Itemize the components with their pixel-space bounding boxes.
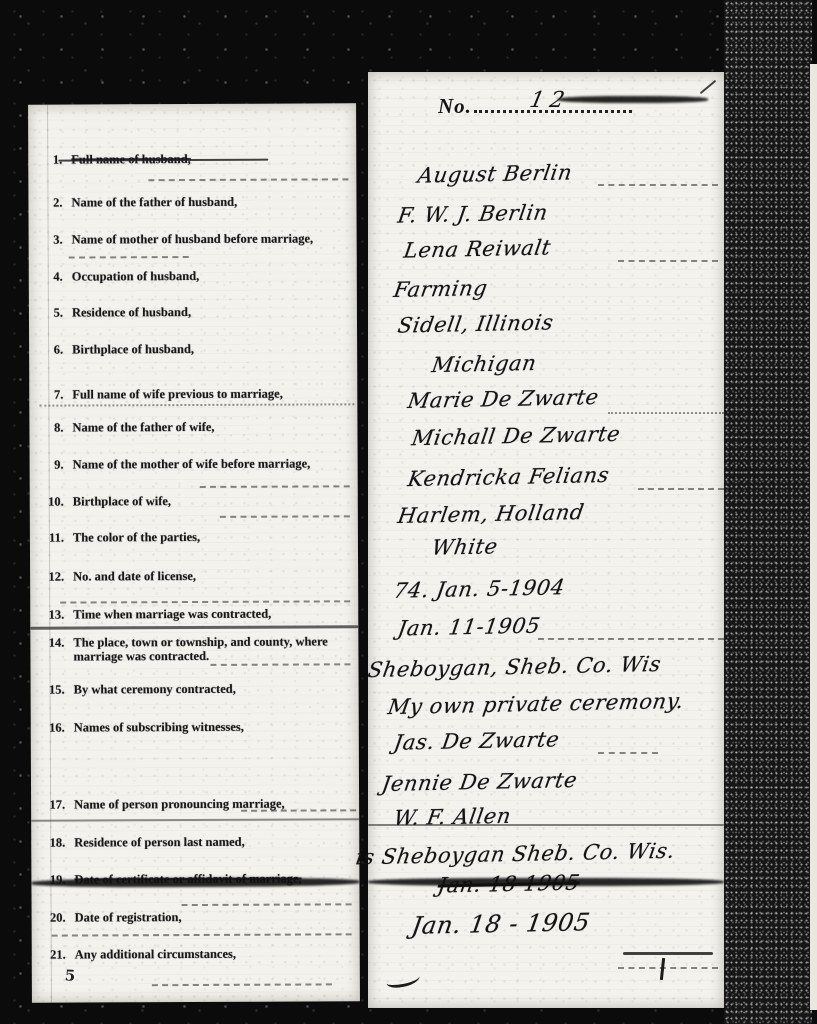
- field-label-5: 5.Residence of husband,: [29, 304, 351, 319]
- field-text: Name of the mother of wife before marria…: [73, 456, 311, 471]
- field-text: Name of mother of husband before marriag…: [72, 231, 314, 246]
- ruled-artifact: [368, 824, 724, 826]
- field-number: 7.: [29, 388, 63, 402]
- ruled-artifact: [618, 260, 718, 262]
- field-number: 8.: [29, 421, 63, 435]
- ruled-artifact: [220, 515, 350, 518]
- ruled-artifact: [52, 933, 352, 936]
- field-label-9: 9.Name of the mother of wife before marr…: [30, 456, 352, 471]
- stray-slash: [700, 80, 717, 94]
- answer-license: 74. Jan. 5-1904: [392, 575, 566, 603]
- answer-wife-father: Michall De Zwarte: [410, 422, 622, 450]
- no-label: No.: [438, 94, 472, 118]
- stray-tick: [660, 958, 665, 980]
- field-text: Name of the father of wife,: [72, 420, 214, 435]
- field-text: Names of subscribing witnesses,: [74, 720, 244, 735]
- answer-ceremony: My own private ceremony.: [386, 689, 686, 719]
- field-number: 1.: [28, 153, 62, 167]
- answer-wife-birthplace: Harlem, Holland: [396, 500, 586, 528]
- ink-smudge: [558, 96, 708, 103]
- field-label-21: 21.Any additional circumstances,: [32, 946, 354, 961]
- ruled-artifact: [60, 600, 350, 603]
- field-label-12: 12.No. and date of license,: [30, 568, 352, 583]
- answer-husband-father: F. W. J. Berlin: [396, 200, 550, 227]
- field-text: Occupation of husband,: [72, 269, 200, 284]
- field-text: Date of registration,: [75, 910, 182, 924]
- ruled-artifact: [618, 967, 718, 969]
- field-text: Birthplace of wife,: [73, 494, 171, 508]
- field-text: The place, town or township, and county,…: [73, 634, 335, 663]
- answer-wife-name: Marie De Zwarte: [406, 385, 600, 413]
- answer-registration-date: Jan. 18 - 1905: [410, 908, 592, 940]
- ink-squiggle: [385, 970, 421, 990]
- pencil-page-mark: 5: [64, 966, 76, 985]
- ruled-artifact: [538, 638, 724, 640]
- answer-husband-name: August Berlin: [416, 160, 574, 187]
- field-text: No. and date of license,: [73, 569, 196, 584]
- field-label-4: 4.Occupation of husband,: [29, 268, 351, 283]
- field-number: 14.: [30, 636, 64, 650]
- answer-witness-1: Jas. De Zwarte: [392, 727, 561, 755]
- answer-witness-2: Jennie De Zwarte: [380, 768, 579, 796]
- field-number: 15.: [31, 683, 65, 697]
- answer-husband-mother: Lena Reiwalt: [402, 235, 553, 262]
- field-number: 3.: [29, 233, 63, 247]
- answer-marriage-date: Jan. 11-1905: [396, 613, 542, 640]
- scanned-marriage-record: 1.Full name of husband, 2.Name of the fa…: [0, 0, 817, 1024]
- answer-marriage-place: Sheboygan, Sheb. Co. Wis: [366, 652, 663, 682]
- field-text: Residence of person last named,: [74, 835, 245, 850]
- field-label-10: 10.Birthplace of wife,: [30, 493, 352, 508]
- field-label-8: 8.Name of the father of wife,: [29, 419, 351, 434]
- field-text: Full name of wife previous to marriage,: [72, 387, 283, 402]
- field-label-13: 13.Time when marriage was contracted,: [30, 606, 352, 621]
- field-label-14: 14.The place, town or township, and coun…: [30, 634, 352, 663]
- field-text: The color of the parties,: [73, 530, 200, 545]
- answer-husband-birthplace: Michigan: [430, 351, 538, 377]
- ruled-artifact: [31, 818, 359, 821]
- field-number: 18.: [31, 836, 65, 850]
- field-label-20: 20.Date of registration,: [32, 909, 354, 924]
- ruled-artifact: [200, 485, 350, 488]
- field-number: 6.: [29, 343, 63, 357]
- field-number: 4.: [29, 270, 63, 284]
- field-text: Name of the father of husband,: [71, 195, 237, 210]
- ruled-artifact: [182, 903, 352, 906]
- answer-officiant-residence: is Sheboygan Sheb. Co. Wis.: [354, 839, 677, 870]
- field-text: Any additional circumstances,: [75, 947, 236, 962]
- field-number: 20.: [32, 911, 66, 925]
- field-number: 2.: [28, 196, 62, 210]
- ruled-artifact: [152, 983, 332, 986]
- field-number: 12.: [30, 570, 64, 584]
- field-text: Time when marriage was contracted,: [73, 607, 271, 622]
- field-text: Residence of husband,: [72, 305, 191, 320]
- field-number: 9.: [30, 458, 64, 472]
- form-page-left: 1.Full name of husband, 2.Name of the fa…: [28, 103, 360, 1002]
- answer-husband-residence: Sidell, Illinois: [396, 310, 555, 337]
- ruled-artifact: [598, 184, 718, 186]
- answer-page-right: No. 12 August Berlin F. W. J. Berlin Len…: [368, 72, 724, 1008]
- field-label-6: 6.Birthplace of husband,: [29, 341, 351, 356]
- field-label-11: 11.The color of the parties,: [30, 529, 352, 544]
- field-label-2: 2.Name of the father of husband,: [28, 194, 350, 209]
- field-number: 17.: [31, 798, 65, 812]
- answer-occupation: Farming: [392, 276, 489, 302]
- ruled-artifact: [598, 752, 658, 754]
- field-label-18: 18.Residence of person last named,: [31, 834, 353, 849]
- ruled-artifact: [241, 809, 356, 812]
- ruled-artifact: [638, 488, 724, 490]
- answer-wife-mother: Kendricka Felians: [406, 463, 611, 491]
- field-label-15: 15.By what ceremony contracted,: [31, 681, 353, 696]
- field-number: 11.: [30, 531, 64, 545]
- field-number: 5.: [29, 306, 63, 320]
- field-text: By what ceremony contracted,: [74, 682, 236, 697]
- ink-strike: [30, 625, 358, 629]
- field-text: Birthplace of husband,: [72, 342, 194, 357]
- field-number: 13.: [30, 608, 64, 622]
- field-number: 21.: [32, 948, 66, 962]
- field-label-16: 16.Names of subscribing witnesses,: [31, 719, 353, 734]
- ruled-artifact: [608, 412, 724, 414]
- field-label-3: 3.Name of mother of husband before marri…: [29, 231, 351, 246]
- field-number: 10.: [30, 495, 64, 509]
- scan-edge-noise: [724, 0, 812, 1024]
- ruled-artifact: [39, 403, 354, 406]
- scan-edge-sliver: [810, 64, 817, 1010]
- field-label-7: 7.Full name of wife previous to marriage…: [29, 386, 351, 401]
- heavy-strike-smear: [31, 877, 359, 887]
- answer-color: White: [430, 534, 499, 559]
- ink-strike: [623, 952, 713, 955]
- field-number: 16.: [31, 721, 65, 735]
- answer-officiant: W. F. Allen: [392, 804, 513, 831]
- ruled-artifact: [69, 256, 189, 259]
- ruled-artifact: [148, 178, 348, 181]
- ruled-artifact: [210, 663, 350, 666]
- heavy-strike-smear: [368, 878, 724, 886]
